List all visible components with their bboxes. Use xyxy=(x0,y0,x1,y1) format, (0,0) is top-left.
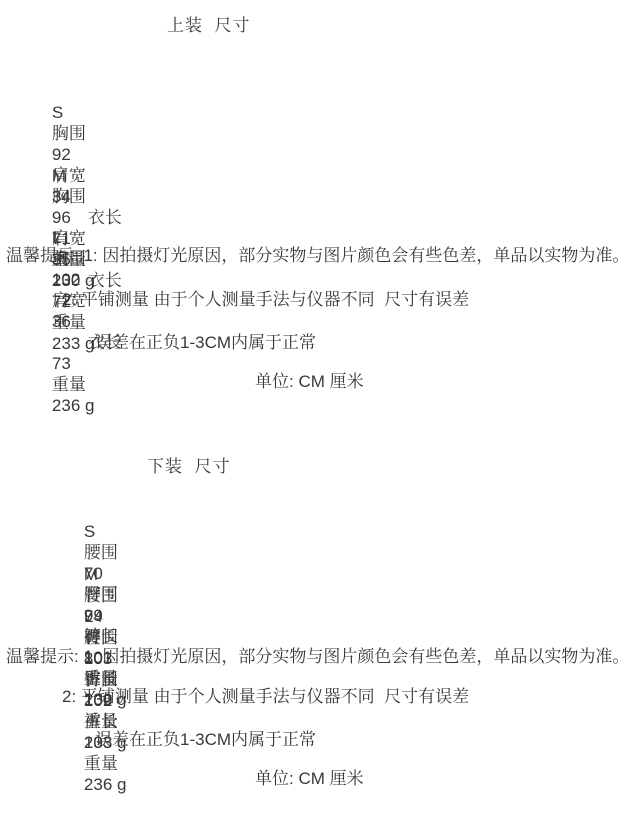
size-value: S xyxy=(52,102,81,123)
top-notice-line-3: 误差在正负1-3CM内属于正常 xyxy=(95,332,316,353)
size-value: M xyxy=(52,165,81,186)
bottom-notice-line-3: 误差在正负1-3CM内属于正常 xyxy=(95,729,316,750)
measure-value: 236 g xyxy=(84,775,127,794)
measure-value: 102 xyxy=(52,270,80,289)
bottom-unit-line: 单位: CM 厘米 xyxy=(255,768,364,789)
top-section-title: 上装 尺寸 xyxy=(167,15,250,36)
measure-label: 胸围 xyxy=(52,187,86,206)
measure-value: 73 xyxy=(52,354,71,373)
bottom-notice-line-1: 温馨提示: 1: 因拍摄灯光原因，部分实物与图片颜色会有些色差，单品以实物为准。 xyxy=(6,646,629,667)
bottom-section-title: 下装 尺寸 xyxy=(147,456,230,477)
bottom-notice-line-2: 2: 平铺测量 由于个人测量手法与仪器不同 尺寸有误差 xyxy=(62,686,469,707)
size-value: L xyxy=(84,606,108,627)
size-chart-page: 上装 尺寸 S 胸围 92 肩宽 34 衣长 71 重量 230 g M 胸围 … xyxy=(0,0,629,838)
size-value: S xyxy=(84,521,108,542)
size-value: M xyxy=(84,564,108,585)
measure-label: 腰围 xyxy=(84,628,118,647)
top-notice-line-1: 温馨提示: 1: 因拍摄灯光原因，部分实物与图片颜色会有些色差，单品以实物为准。 xyxy=(6,245,629,266)
table-row-top-l: L 胸围 102 肩宽 36 衣长 73 重量 236 g xyxy=(33,206,131,437)
measure-value: 36 xyxy=(52,312,71,331)
measure-label: 重量 xyxy=(52,375,86,394)
measure-label: 胸围 xyxy=(52,124,86,143)
top-notice-line-2: 2: 平铺测量 由于个人测量手法与仪器不同 尺寸有误差 xyxy=(62,289,469,310)
measure-label: 重量 xyxy=(84,754,118,773)
measure-value: 236 g xyxy=(52,396,95,415)
top-unit-line: 单位: CM 厘米 xyxy=(255,371,364,392)
